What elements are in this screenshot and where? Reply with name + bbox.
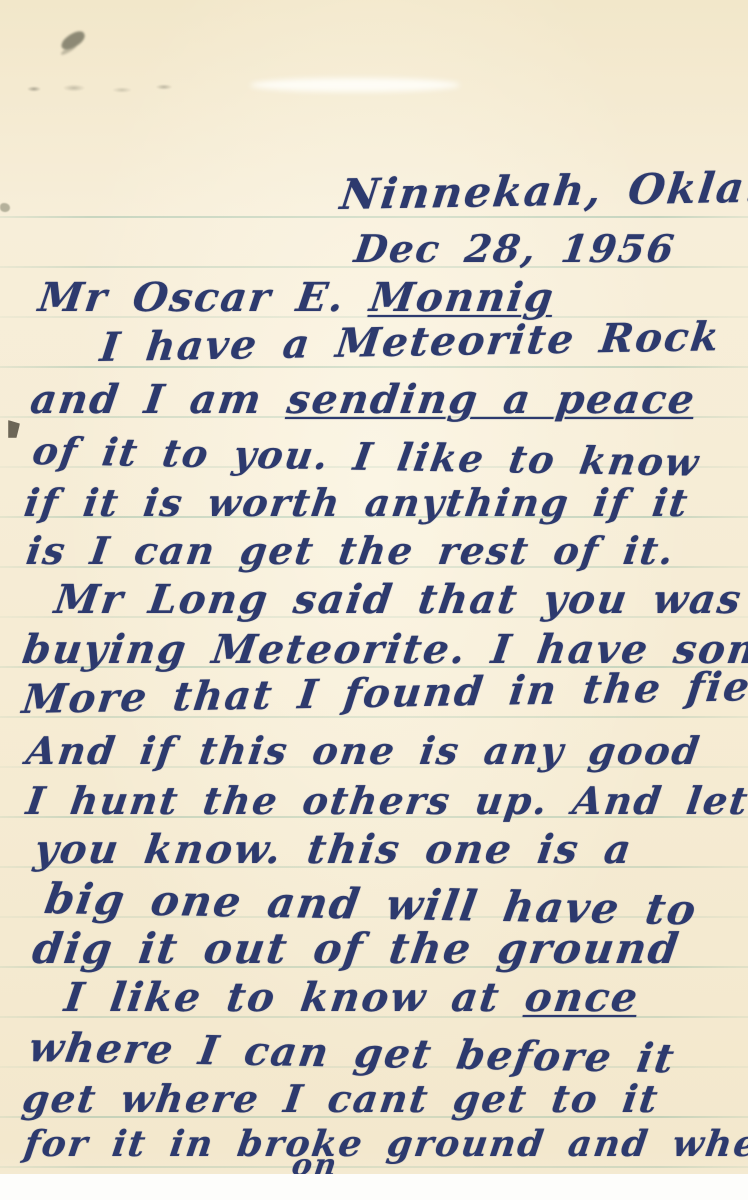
handwritten-line: dig it out of the ground bbox=[30, 928, 683, 970]
handwritten-line: for it in broke ground and when bbox=[22, 1126, 748, 1162]
handwritten-line: if it is worth anything if it bbox=[22, 484, 691, 522]
handwritten-line: you know. this one is a bbox=[32, 830, 635, 870]
salutation-line: Mr Oscar E. Monnig bbox=[36, 278, 557, 318]
paper-scratch bbox=[250, 78, 460, 92]
handwritten-line: I like to know at once bbox=[62, 978, 642, 1018]
handwritten-line: I hunt the others up. And let bbox=[24, 782, 748, 820]
pencil-smudge bbox=[58, 29, 87, 53]
scan-bottom-edge bbox=[0, 1174, 748, 1200]
edge-mark-small bbox=[0, 203, 10, 212]
heading-place: Ninnekah, Okla. bbox=[338, 167, 748, 216]
underlined-word: once bbox=[522, 974, 642, 1021]
underlined-word: Monnig bbox=[367, 274, 558, 321]
handwritten-line: of it to you. I like to know bbox=[30, 432, 703, 482]
handwritten-line: buying Meteorite. I have some bbox=[20, 630, 748, 670]
handwritten-line: get where I cant get to it bbox=[20, 1080, 662, 1118]
handwritten-line: Mr Long said that you was bbox=[52, 580, 745, 620]
edge-ink-mark bbox=[8, 420, 20, 438]
handwritten-line: and I am sending a peace bbox=[28, 380, 699, 420]
heading-date: Dec 28, 1956 bbox=[352, 230, 678, 268]
handwritten-line: And if this one is any good bbox=[24, 732, 703, 770]
faint-smudge-row bbox=[26, 80, 176, 96]
handwritten-line: I have a Meteorite Rock bbox=[98, 317, 723, 368]
handwritten-line: More that I found in the field bbox=[20, 666, 748, 720]
rule-line bbox=[0, 1166, 748, 1168]
handwritten-line: where I can get before it bbox=[26, 1028, 678, 1079]
letter-page: Ninnekah, Okla.Dec 28, 1956Mr Oscar E. M… bbox=[0, 0, 748, 1200]
handwritten-line: is I can get the rest of it. bbox=[24, 532, 678, 570]
underlined-word: sending a peace bbox=[284, 376, 699, 423]
